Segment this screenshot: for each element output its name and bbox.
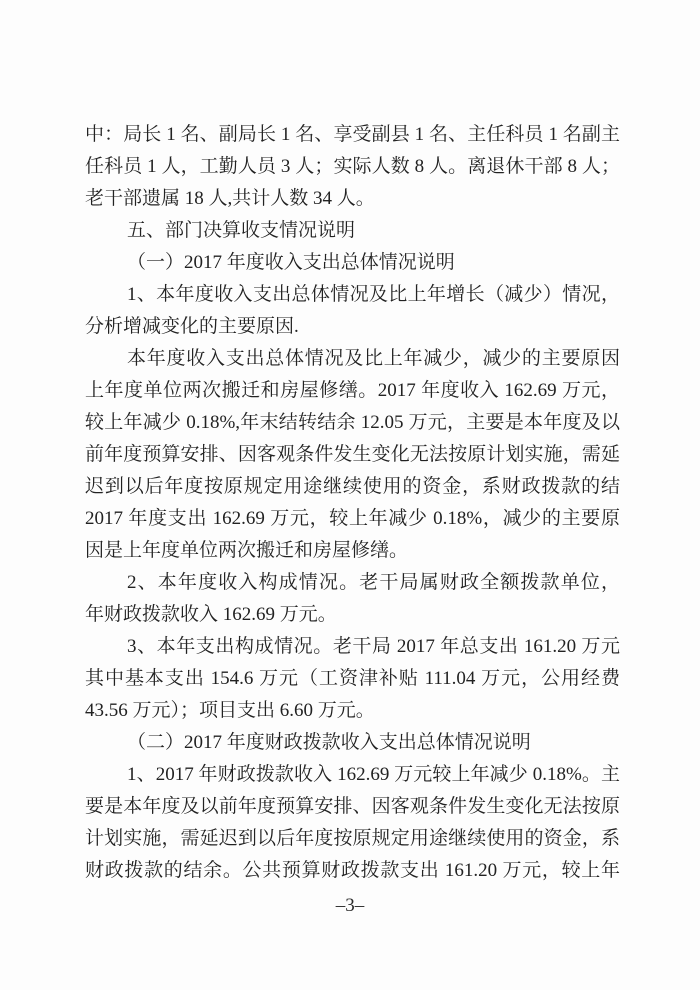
text-line: 因是上年度单位两次搬迁和房屋修缮。	[85, 535, 620, 567]
section-heading-line: 五、部门决算收支情况说明	[85, 215, 620, 247]
text-line: 上年度单位两次搬迁和房屋修缮。2017 年度收入 162.69 万元，	[85, 375, 620, 407]
page-number: –3–	[0, 892, 700, 920]
text-line: 2017 年度支出 162.69 万元，较上年减少 0.18%，减少的主要原	[85, 503, 620, 535]
text-line: 迟到以后年度按原规定用途继续使用的资金，系财政拨款的结余。	[85, 471, 620, 503]
text-line: 计划实施，需延迟到以后年度按原规定用途继续使用的资金，系	[85, 823, 620, 855]
subsection-heading-line: （一）2017 年度收入支出总体情况说明	[85, 247, 620, 279]
text-line: 年财政拨款收入 162.69 万元。	[85, 599, 620, 631]
text-line: 1、2017 年财政拨款收入 162.69 万元较上年减少 0.18%。主	[85, 759, 620, 791]
text-line: 43.56 万元）；项目支出 6.60 万元。	[85, 695, 620, 727]
document-body-text: 中：局长 1 名、副局长 1 名、享受副县 1 名、主任科员 1 名副主 任科员…	[85, 119, 620, 887]
text-line: 老干部遗属 18 人,共计人数 34 人。	[85, 183, 620, 215]
text-line: 要是本年度及以前年度预算安排、因客观条件发生变化无法按原	[85, 791, 620, 823]
text-line: 2、本年度收入构成情况。老干局属财政全额拨款单位，2017	[85, 567, 620, 599]
text-line: 分析增减变化的主要原因.	[85, 311, 620, 343]
subsection-heading-line: （二）2017 年度财政拨款收入支出总体情况说明	[85, 727, 620, 759]
text-line: 中：局长 1 名、副局长 1 名、享受副县 1 名、主任科员 1 名副主	[85, 119, 620, 151]
text-line: 其中基本支出 154.6 万元（工资津补贴 111.04 万元，公用经费	[85, 663, 620, 695]
text-line: 较上年减少 0.18%,年末结转结余 12.05 万元，主要是本年度及以	[85, 407, 620, 439]
text-line: 1、本年度收入支出总体情况及比上年增长（减少）情况，	[85, 279, 620, 311]
text-line: 财政拨款的结余。公共预算财政拨款支出 161.20 万元，较上年	[85, 855, 620, 887]
text-line: 前年度预算安排、因客观条件发生变化无法按原计划实施，需延	[85, 439, 620, 471]
text-line: 3、本年支出构成情况。老干局 2017 年总支出 161.20 万元	[85, 631, 620, 663]
text-line: 本年度收入支出总体情况及比上年减少，减少的主要原因是	[85, 343, 620, 375]
document-page: 中：局长 1 名、副局长 1 名、享受副县 1 名、主任科员 1 名副主 任科员…	[0, 0, 700, 990]
text-line: 任科员 1 人，工勤人员 3 人；实际人数 8 人。离退休干部 8 人；	[85, 151, 620, 183]
